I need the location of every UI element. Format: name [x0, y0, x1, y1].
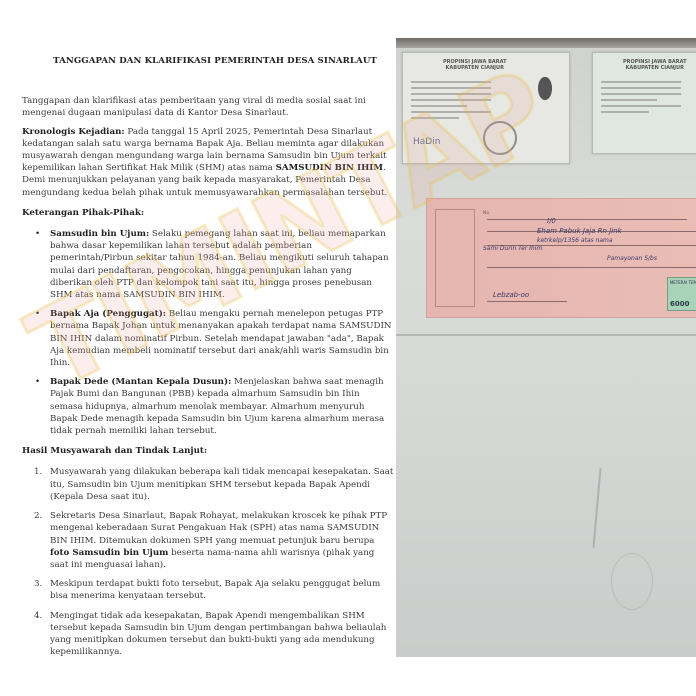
form-value: Sami Durin Ter Ihim [483, 245, 542, 252]
id-card-right: PROPINSI JAWA BARAT KABUPATEN CIANJUR [592, 52, 696, 154]
meterai-stamp: METERAI TEMPEL 6000 [667, 277, 696, 311]
party-name: Bapak Dede (Mantan Kepala Dusun): [50, 377, 231, 387]
document-photo: PROPINSI JAWA BARAT KABUPATEN CIANJUR Ha… [396, 38, 696, 657]
result-number: 4. [34, 610, 42, 622]
result-item: 4.Mengingat tidak ada kesepakatan, Bapak… [50, 610, 394, 659]
meterai-label: METERAI TEMPEL [670, 280, 696, 285]
kronologis-label: Kronologis Kejadian: [22, 127, 125, 137]
result-text: Sekretaris Desa Sinarlaut, Bapak Rohayat… [50, 511, 387, 545]
form-value: Lebzab-oo [493, 291, 529, 299]
parties-heading: Keterangan Pihak-Pihak: [22, 207, 394, 219]
party-name: Samsudin bin Ujum: [50, 229, 149, 239]
shm-owner-name: SAMSUDIN BIN IHIM [276, 163, 383, 173]
paper-fold [396, 334, 696, 336]
card-text-lines [601, 81, 681, 117]
parties-list: Samsudin bin Ujum: Selaku pemegang lahan… [22, 228, 394, 437]
result-number: 1. [34, 466, 42, 478]
result-text: Mengingat tidak ada kesepakatan, Bapak A… [50, 611, 386, 658]
party-item: Samsudin bin Ujum: Selaku pemegang lahan… [50, 228, 394, 301]
portrait-photo [529, 77, 561, 115]
pink-form: No. I/0 Eham Pabuk Jaja Rn Jink ketrkelp… [426, 198, 696, 318]
card-header: PROPINSI JAWA BARAT KABUPATEN CIANJUR [623, 59, 687, 71]
result-text: Musyawarah yang dilakukan beberapa kali … [50, 467, 393, 501]
form-photo-box [435, 209, 475, 307]
card-header: PROPINSI JAWA BARAT KABUPATEN CIANJUR [443, 59, 507, 71]
result-text: Meskipun terdapat bukti foto tersebut, B… [50, 579, 380, 601]
form-value: Pamayonan S/bs [607, 255, 657, 262]
photo-top-edge [396, 38, 696, 48]
document-body: TANGGAPAN DAN KLARIFIKASI PEMERINTAH DES… [22, 55, 394, 665]
party-item: Bapak Dede (Mantan Kepala Dusun): Menjel… [50, 376, 394, 437]
party-name: Bapak Aja (Penggugat): [50, 309, 166, 319]
result-item: 1.Musyawarah yang dilakukan beberapa kal… [50, 466, 394, 503]
results-list: 1.Musyawarah yang dilakukan beberapa kal… [22, 466, 394, 658]
paper-crease [593, 468, 602, 548]
results-heading: Hasil Musyawarah dan Tindak Lanjut: [22, 445, 394, 457]
meterai-value: 6000 [670, 300, 689, 308]
form-value: ketrkelp/1356 atas nama [537, 237, 613, 244]
result-number: 2. [34, 510, 42, 522]
intro-paragraph: Tanggapan dan klarifikasi atas pemberita… [22, 95, 394, 119]
result-bold: foto Samsudin bin Ujum [50, 548, 168, 558]
id-card-left: PROPINSI JAWA BARAT KABUPATEN CIANJUR Ha… [402, 52, 570, 164]
form-value: I/0 [547, 217, 556, 225]
stamp-icon [483, 121, 517, 155]
form-no-label: No. [483, 211, 490, 216]
document-title: TANGGAPAN DAN KLARIFIKASI PEMERINTAH DES… [36, 55, 394, 67]
faded-stamp-icon [611, 553, 653, 610]
card-signature: HaDin [413, 137, 440, 147]
result-item: 3.Meskipun terdapat bukti foto tersebut,… [50, 578, 394, 602]
result-number: 3. [34, 578, 42, 590]
party-item: Bapak Aja (Penggugat): Beliau mengaku pe… [50, 308, 394, 369]
form-value: Eham Pabuk Jaja Rn Jink [537, 227, 622, 235]
party-text: Selaku pemegang lahan saat ini, beliau m… [50, 229, 389, 300]
card-text-lines [411, 81, 491, 123]
kronologis-paragraph: Kronologis Kejadian: Pada tanggal 15 Apr… [22, 126, 394, 199]
result-item: 2.Sekretaris Desa Sinarlaut, Bapak Rohay… [50, 510, 394, 571]
